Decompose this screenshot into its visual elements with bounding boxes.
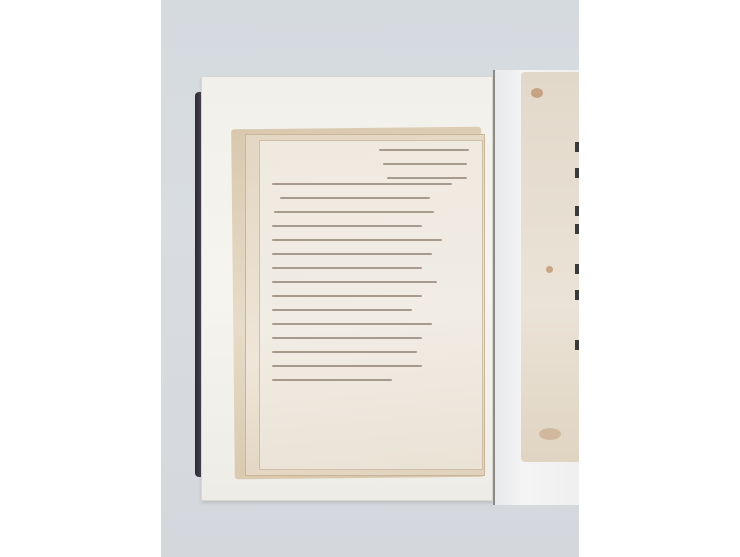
printed-letter (575, 142, 579, 152)
manuscript-photo (161, 0, 579, 557)
printed-letter (575, 264, 579, 274)
printed-letter (575, 340, 579, 350)
paper-stain (546, 266, 553, 273)
marginal-annotation (379, 145, 475, 191)
printed-letter (575, 168, 579, 178)
printed-letter (575, 206, 579, 216)
printed-letter (575, 224, 579, 234)
paper-stain (531, 88, 543, 98)
paper-stain (539, 428, 561, 440)
printed-letter (575, 290, 579, 300)
